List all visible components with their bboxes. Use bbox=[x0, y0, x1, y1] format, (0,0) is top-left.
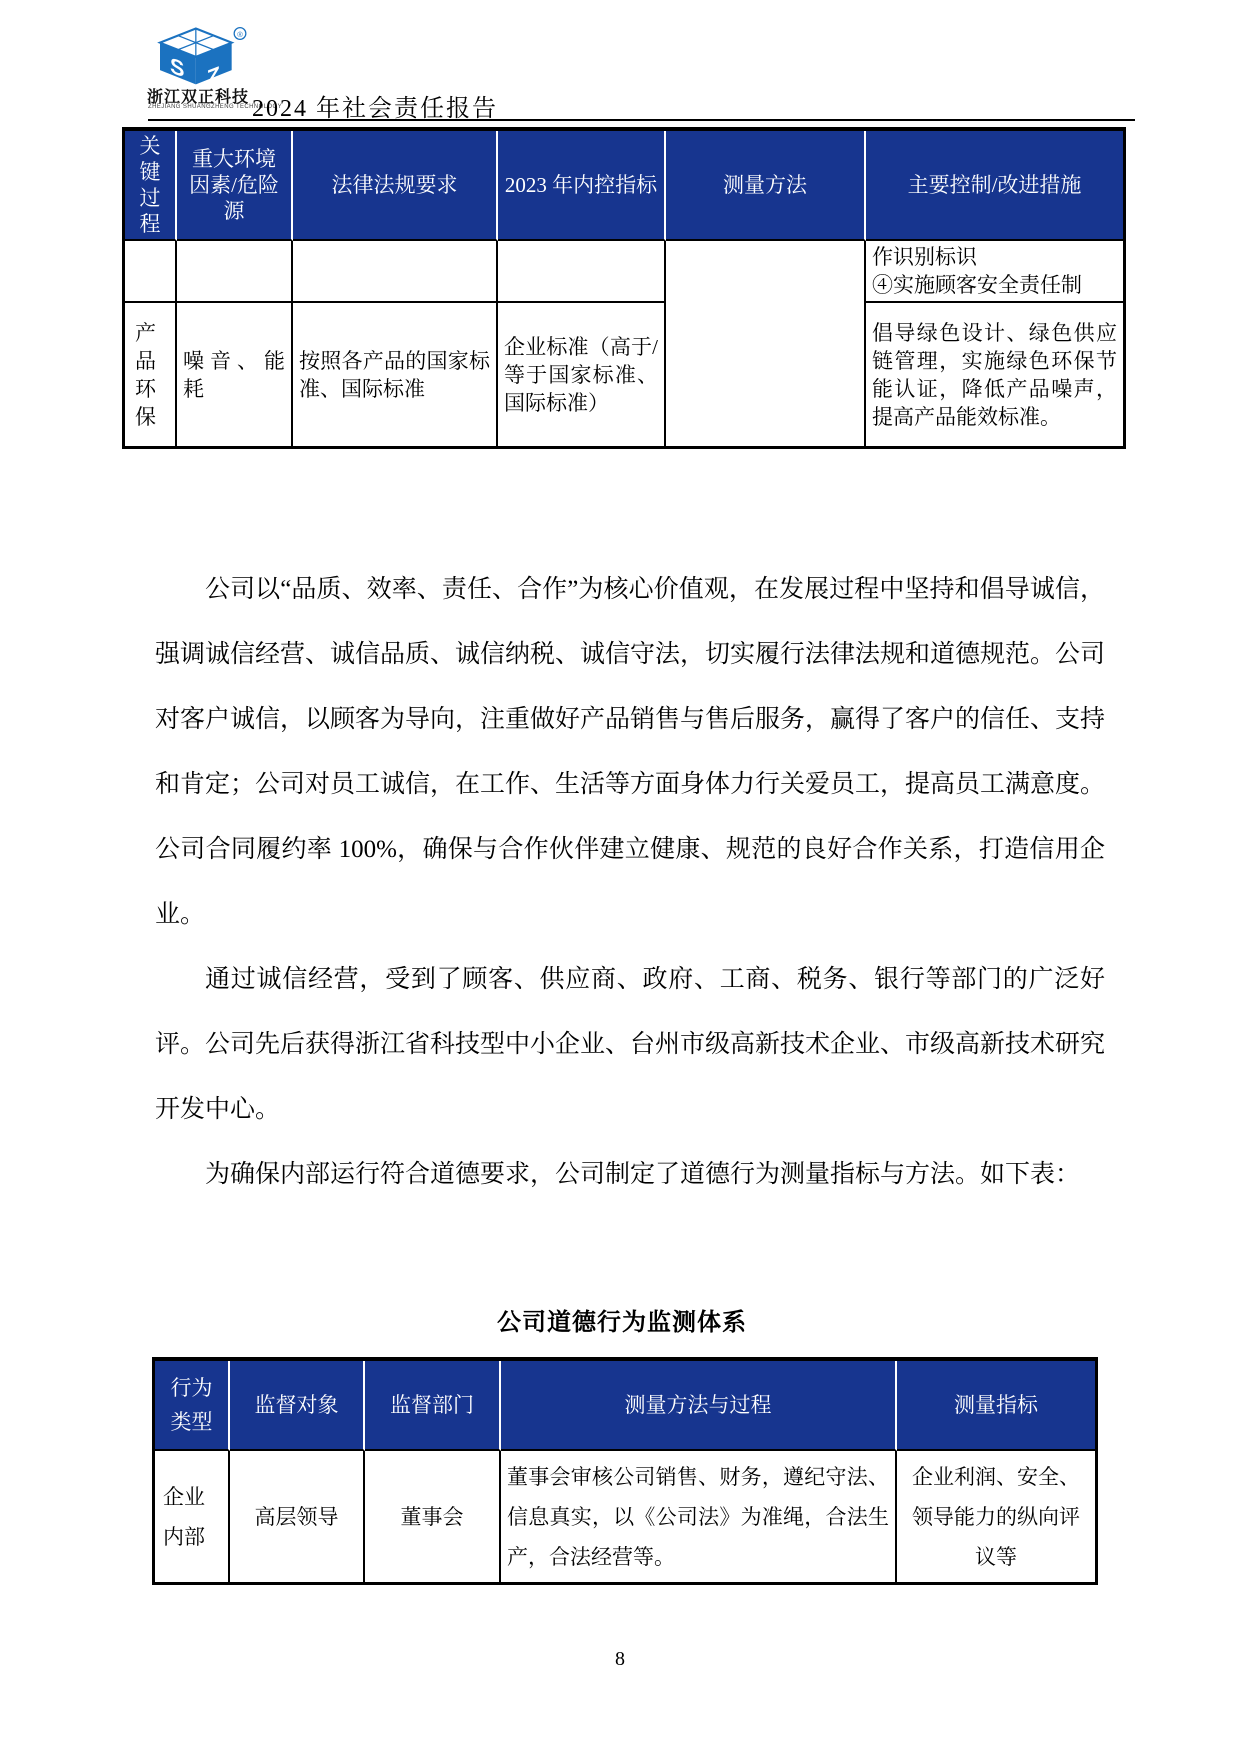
document-title: 2024 年社会责任报告 bbox=[252, 88, 498, 123]
page-number: 8 bbox=[0, 1648, 1240, 1671]
cell-env-factor: 噪音、能耗 bbox=[177, 303, 293, 446]
header-rule bbox=[148, 119, 1135, 121]
brand-name-en: ZHEJIANG SHUANGZHENG TECHNOLOGY bbox=[148, 104, 258, 110]
cell-env-factor bbox=[177, 241, 293, 303]
logo-letter-z: Z bbox=[207, 61, 221, 86]
paragraph-reputation: 通过诚信经营，受到了顾客、供应商、政府、工商、税务、银行等部门的广泛好评。公司先… bbox=[155, 947, 1105, 1142]
env-table-header-row: 关键过程 重大环境因素/危险源 法律法规要求 2023 年内控指标 测量方法 主… bbox=[125, 131, 1123, 241]
cell-key-process bbox=[125, 241, 177, 303]
report-page: S Z ® 浙江双正科技 ZHEJIANG SHUANGZHENG TECHNO… bbox=[0, 0, 1240, 1754]
cell-measure-method bbox=[666, 241, 866, 446]
cell-behavior-type: 企业内部 bbox=[155, 1451, 230, 1582]
paragraph-integrity-values: 公司以“品质、效率、责任、合作”为核心价值观，在发展过程中坚持和倡导诚信，强调诚… bbox=[155, 557, 1105, 947]
table-row: 产品环保 噪音、能耗 按照各产品的国家标准、国际标准 企业标准（高于/等于国家标… bbox=[125, 303, 1123, 446]
table-row: 企业内部 高层领导 董事会 董事会审核公司销售、财务，遵纪守法、信息真实，以《公… bbox=[155, 1451, 1095, 1582]
col-header-behavior-type: 行为类型 bbox=[155, 1361, 230, 1451]
table-row: 作识别标识 ④实施顾客安全责任制 bbox=[125, 241, 1123, 303]
cell-control-index bbox=[498, 241, 666, 303]
col-header-env-factor: 重大环境因素/危险源 bbox=[177, 131, 293, 241]
col-header-method-process: 测量方法与过程 bbox=[501, 1361, 897, 1451]
registered-trademark-icon: ® bbox=[237, 30, 243, 39]
col-header-supervised-object: 监督对象 bbox=[230, 1361, 365, 1451]
cell-key-process: 产品环保 bbox=[125, 303, 177, 446]
ethics-table-header-row: 行为类型 监督对象 监督部门 测量方法与过程 测量指标 bbox=[155, 1361, 1095, 1451]
cell-legal-req bbox=[293, 241, 498, 303]
col-header-key-process: 关键过程 bbox=[125, 131, 177, 241]
cell-method-process: 董事会审核公司销售、财务，遵纪守法、信息真实，以《公司法》为准绳，合法生产，合法… bbox=[501, 1451, 897, 1582]
col-header-supervising-dept: 监督部门 bbox=[365, 1361, 501, 1451]
cell-legal-req: 按照各产品的国家标准、国际标准 bbox=[293, 303, 498, 446]
section-title: 公司道德行为监测体系 bbox=[152, 1302, 1092, 1337]
col-header-legal-req: 法律法规要求 bbox=[293, 131, 498, 241]
col-header-main-controls: 主要控制/改进措施 bbox=[866, 131, 1123, 241]
col-header-control-index: 2023 年内控指标 bbox=[498, 131, 666, 241]
cell-main-controls: 作识别标识 ④实施顾客安全责任制 bbox=[866, 241, 1123, 303]
logo-letter-s: S bbox=[170, 53, 184, 83]
cell-control-index: 企业标准（高于/等于国家标准、国际标准） bbox=[498, 303, 666, 446]
env-factor-table: 关键过程 重大环境因素/危险源 法律法规要求 2023 年内控指标 测量方法 主… bbox=[122, 127, 1126, 449]
cell-main-controls: 倡导绿色设计、绿色供应链管理，实施绿色环保节能认证，降低产品噪声，提高产品能效标… bbox=[866, 303, 1123, 446]
cell-indicator: 企业利润、安全、领导能力的纵向评议等 bbox=[897, 1451, 1095, 1582]
cell-supervising-dept: 董事会 bbox=[365, 1451, 501, 1582]
paragraph-ethics-intro: 为确保内部运行符合道德要求，公司制定了道德行为测量指标与方法。如下表： bbox=[155, 1142, 1105, 1207]
body-text: 公司以“品质、效率、责任、合作”为核心价值观，在发展过程中坚持和倡导诚信，强调诚… bbox=[155, 557, 1105, 1207]
ethics-monitor-table: 行为类型 监督对象 监督部门 测量方法与过程 测量指标 企业内部 高层领导 董事… bbox=[152, 1357, 1098, 1585]
cell-supervised-object: 高层领导 bbox=[230, 1451, 365, 1582]
col-header-measure-method: 测量方法 bbox=[666, 131, 866, 241]
col-header-indicator: 测量指标 bbox=[897, 1361, 1095, 1451]
company-logo-icon: S Z ® bbox=[150, 26, 250, 86]
